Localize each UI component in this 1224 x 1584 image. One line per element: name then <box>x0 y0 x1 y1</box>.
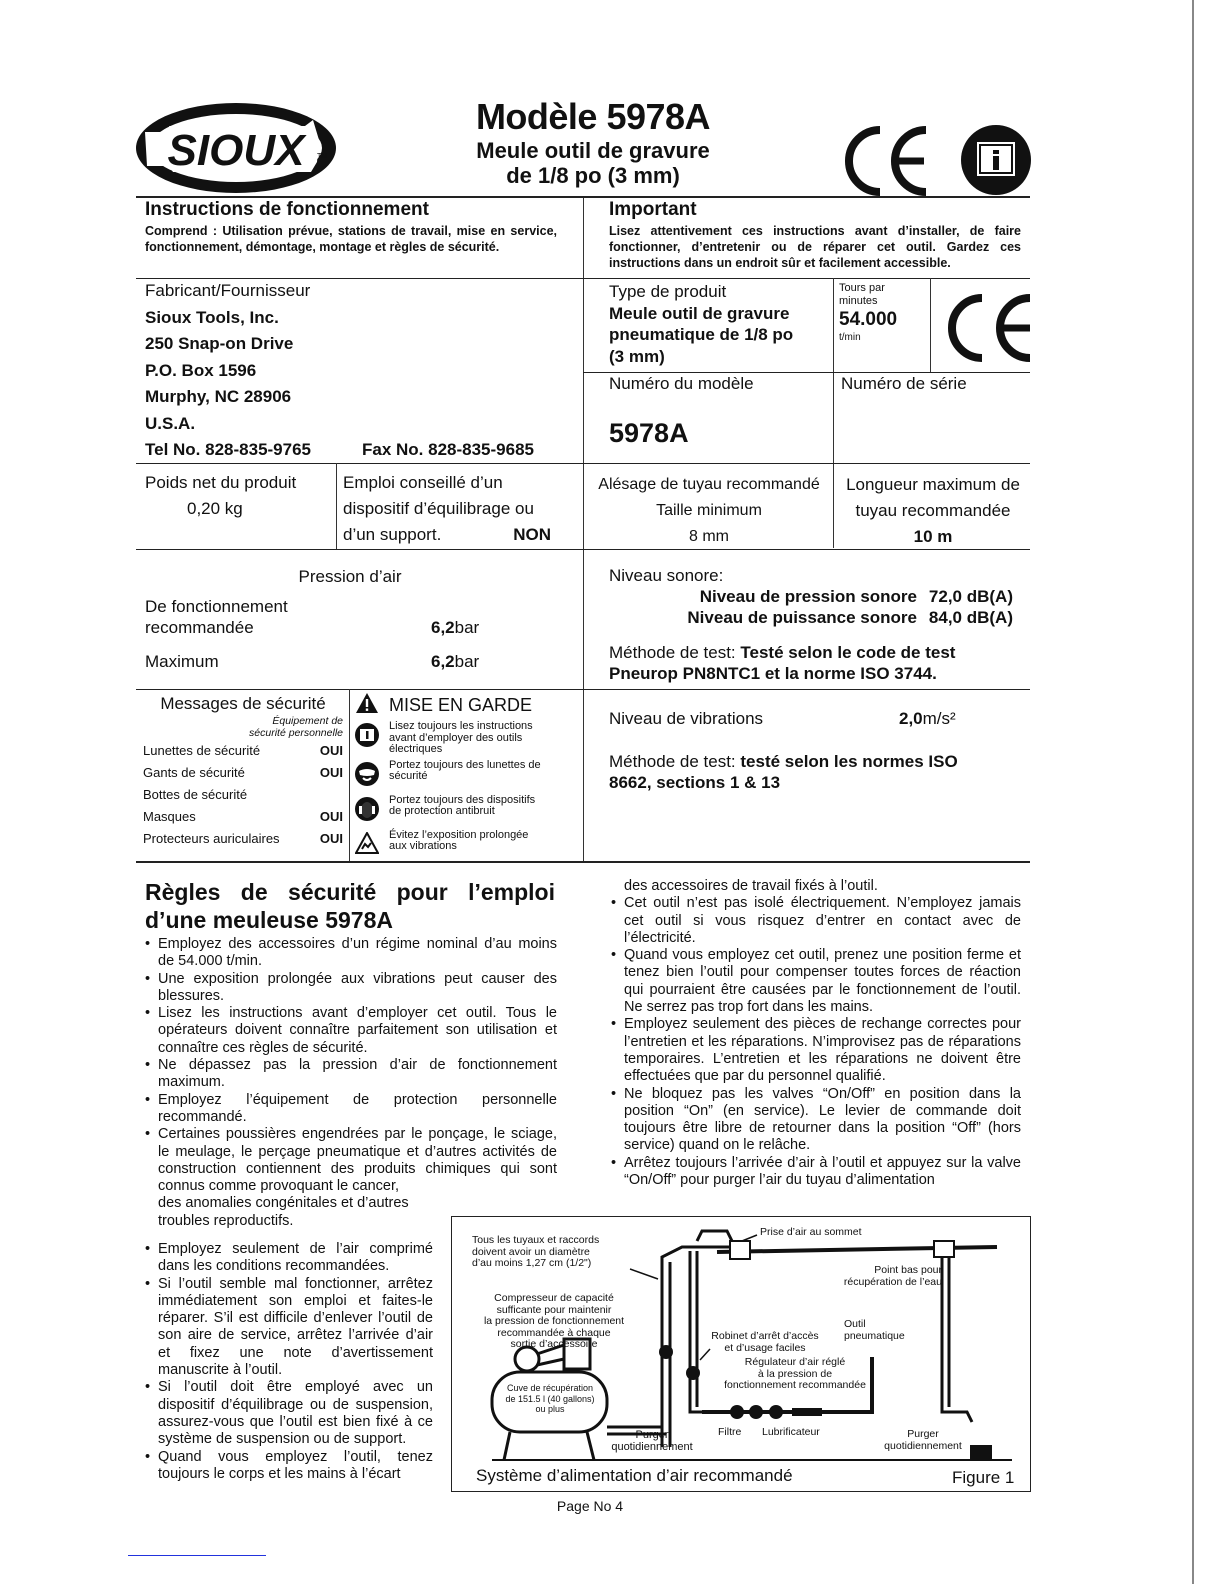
rpm-value: 54.000 <box>839 308 929 332</box>
ppe-subheading: sécurité personnelle <box>143 727 343 739</box>
rule-item: Ne bloquez pas les valves “On/Off” en po… <box>609 1086 1021 1155</box>
warning-item: Évitez l’exposition prolongéeaux vibrati… <box>355 830 575 859</box>
noise-block: Niveau sonore: Niveau de pression sonore… <box>609 565 1029 684</box>
figure-air-system: Tous les tuyaux et raccords doivent avoi… <box>451 1216 1031 1492</box>
diagram-label: fonctionnement recommandée <box>710 1380 880 1392</box>
manufacturer-name: Sioux Tools, Inc. <box>145 305 575 332</box>
diagram-label: de 151.5 l (40 gallons) <box>496 1394 604 1405</box>
important-section: Important Lisez attentivement ces instru… <box>609 199 1021 271</box>
divider <box>136 549 1030 550</box>
rules-left-column: Employez des accessoires d’un régime nom… <box>143 936 557 1230</box>
instructions-heading: Instructions de fonctionnement <box>145 199 557 221</box>
ce-mark-icon <box>840 124 932 198</box>
ppe-item: Lunettes de sécuritéOUI <box>143 740 343 762</box>
hose-length-label: tuyau recommandée <box>836 498 1030 524</box>
rules-heading: Règles de sécurité pour l’emploi d’une m… <box>145 878 555 934</box>
noise-method-value: Pneurop PN8NTC1 et la norme ISO 3744. <box>609 663 1029 684</box>
warning-item: Lisez toujours les instructionsavant d’e… <box>355 721 575 756</box>
vibration-block: Niveau de vibrations 2,0 m/s² Méthode de… <box>609 708 1029 793</box>
ppe-item-value: OUI <box>320 762 343 784</box>
diagram-label: Purger <box>602 1429 702 1441</box>
hose-bore-value: 8 mm <box>588 524 830 550</box>
svg-text:SIOUX: SIOUX <box>168 126 308 175</box>
vibration-method-value: 8662, sections 1 & 13 <box>609 772 1029 793</box>
diagram-label: Point bas pour <box>812 1265 942 1277</box>
ppe-list: Lunettes de sécuritéOUIGants de sécurité… <box>143 740 343 850</box>
warning-text: Évitez l’exposition prolongéeaux vibrati… <box>389 830 528 853</box>
hose-length-label: Longueur maximum de <box>836 472 1030 498</box>
read-manual-icon <box>355 721 389 752</box>
divider <box>136 689 1030 690</box>
warning-text: Portez toujours des lunettes desécurité <box>389 760 541 783</box>
vibration-warning-icon <box>355 830 389 859</box>
rule-item: Quand vous employez l’outil, tenez toujo… <box>143 1449 433 1484</box>
manufacturer-block: Fabricant/Fournisseur Sioux Tools, Inc. … <box>145 278 575 464</box>
diagram-label: sortie d’accessoire <box>454 1339 654 1351</box>
sioux-logo: SIOUX TM <box>133 100 339 196</box>
rule-item: Employez seulement de l’air comprimé dan… <box>143 1241 433 1276</box>
ppe-item-label: Lunettes de sécurité <box>143 740 260 762</box>
manufacturer-country: U.S.A. <box>145 411 575 438</box>
instructions-text: Comprend : Utilisation prévue, stations … <box>145 223 557 255</box>
cell-divider <box>349 689 350 861</box>
weight-value: 0,20 kg <box>145 496 330 522</box>
rule-item: Quand vous employez cet outil, prenez un… <box>609 947 1021 1016</box>
diagram-label: Régulateur d’air réglé <box>710 1357 880 1369</box>
diagram-label: Purger <box>876 1429 970 1441</box>
product-type-cell: Type de produit Meule outil de gravure p… <box>609 281 829 367</box>
ear-protection-icon <box>355 795 389 826</box>
product-type-label: Type de produit <box>609 281 829 303</box>
diagram-label: récupération de l’eau <box>812 1277 942 1289</box>
diagram-label: Filtre <box>718 1427 741 1439</box>
ppe-item-value: OUI <box>320 740 343 762</box>
max-pressure-unit: bar <box>455 651 480 672</box>
rules-left-narrow: Employez seulement de l’air comprimé dan… <box>143 1241 433 1483</box>
ppe-subheading: Équipement de <box>143 715 343 727</box>
sound-pressure-value: 72,0 dB(A) <box>917 586 1013 607</box>
serial-number-label: Numéro de série <box>841 374 967 394</box>
rule-item: Ne dépassez pas la pression d’air de fon… <box>143 1057 557 1092</box>
manufacturer-label: Fabricant/Fournisseur <box>145 278 575 305</box>
model-subtitle-1: Meule outil de gravure <box>440 138 746 163</box>
figure-caption: Système d’alimentation d’air recommandé <box>476 1466 793 1486</box>
rpm-label: Tours par <box>839 281 929 295</box>
air-pressure-block: Pression d’air De fonctionnement recomma… <box>145 566 545 672</box>
rule-item: Une exposition prolongée aux vibrations … <box>143 971 557 1006</box>
vibration-value: 2,0 <box>899 708 923 729</box>
sound-power-label: Niveau de puissance sonore <box>687 607 917 628</box>
warning-text: Portez toujours des dispositifsde protec… <box>389 795 535 818</box>
warning-triangle-icon <box>355 692 389 719</box>
balancer-label: dispositif d’équilibrage ou <box>343 496 551 522</box>
balancer-value: NON <box>513 522 551 548</box>
diagram-label: pneumatique <box>844 1331 905 1343</box>
max-pressure-label: Maximum <box>145 651 431 672</box>
balancer-label: Emploi conseillé d’un <box>343 470 551 496</box>
hose-bore-label: Taille minimum <box>588 498 830 524</box>
diagram-label: quotidiennement <box>876 1441 970 1453</box>
svg-text:TM: TM <box>317 153 327 160</box>
rule-item: Employez seulement des pièces de rechang… <box>609 1016 1021 1085</box>
product-type-value: pneumatique de 1/8 po <box>609 324 829 346</box>
cell-divider <box>336 463 337 549</box>
ppe-item-label: Gants de sécurité <box>143 762 245 784</box>
manufacturer-city: Murphy, NC 28906 <box>145 384 575 411</box>
diagram-label: Cuve de récupération <box>496 1383 604 1394</box>
balancer-label: d’un support. <box>343 522 441 548</box>
product-type-value: Meule outil de gravure <box>609 303 829 325</box>
read-manual-icon <box>960 124 1032 196</box>
important-text: Lisez attentivement ces instructions ava… <box>609 223 1021 271</box>
ppe-item: Protecteurs auriculairesOUI <box>143 828 343 850</box>
warning-item: Portez toujours des lunettes desécurité <box>355 760 575 791</box>
rule-item: Cet outil n’est pas isolé électriquement… <box>609 895 1021 947</box>
balancer-cell: Emploi conseillé d’un dispositif d’équil… <box>343 470 551 548</box>
instructions-section: Instructions de fonctionnement Comprend … <box>145 199 557 255</box>
rules-list: Cet outil n’est pas isolé électriquement… <box>609 895 1021 1189</box>
safety-goggles-icon <box>355 760 389 791</box>
ppe-item-value: OUI <box>320 828 343 850</box>
ppe-item: Gants de sécuritéOUI <box>143 762 343 784</box>
rules-heading-line: Règles de sécurité pour l’emploi <box>145 878 555 906</box>
diagram-label: et d’usage faciles <box>700 1343 830 1355</box>
figure-label: Figure 1 <box>952 1468 1014 1488</box>
hose-length-value: 10 m <box>836 524 1030 550</box>
diagram-label: Compresseur de capacité <box>454 1293 654 1305</box>
ppe-item-label: Protecteurs auriculaires <box>143 828 280 850</box>
diagram-label: Robinet d’arrêt d’accès <box>700 1331 830 1343</box>
page-number: Page No 4 <box>520 1498 660 1514</box>
model-number-label: Numéro du modèle <box>609 374 754 394</box>
air-pressure-heading: Pression d’air <box>145 566 545 588</box>
noise-method-value: Testé selon le code de test <box>740 643 955 662</box>
rules-continuation: des accessoires de travail fixés à l’out… <box>609 878 1021 895</box>
sound-pressure-label: Niveau de pression sonore <box>700 586 917 607</box>
safety-heading: Messages de sécurité <box>143 693 343 715</box>
safety-messages: Messages de sécurité Équipement de sécur… <box>143 693 343 850</box>
divider <box>136 861 1030 863</box>
diagram-label: Outil <box>844 1319 905 1331</box>
rule-item: Lisez les instructions avant d’employer … <box>143 1005 557 1057</box>
cell-divider <box>930 278 931 372</box>
warning-block: MISE EN GARDE Lisez toujours les instruc… <box>355 693 575 859</box>
rule-item: Arrêtez toujours l’arrivée d’air à l’out… <box>609 1155 1021 1190</box>
rpm-label: minutes <box>839 295 929 308</box>
hose-length-cell: Longueur maximum de tuyau recommandée 10… <box>836 472 1030 550</box>
rule-item: Si l’outil doit être employé avec un dis… <box>143 1379 433 1448</box>
vibration-unit: m/s² <box>923 708 956 729</box>
diagram-label: ou plus <box>496 1404 604 1415</box>
diagram-label: Tous les tuyaux et raccords <box>472 1235 622 1247</box>
scan-edge <box>1192 0 1194 1584</box>
rules-right-column: des accessoires de travail fixés à l’out… <box>609 878 1021 1189</box>
rules-list: Employez seulement de l’air comprimé dan… <box>143 1241 433 1483</box>
diagram-label: Lubrificateur <box>762 1427 820 1439</box>
divider <box>583 372 1030 373</box>
operating-pressure-unit: bar <box>455 617 480 638</box>
model-title: Modèle 5978A <box>440 96 746 138</box>
ppe-item-label: Bottes de sécurité <box>143 784 247 806</box>
rule-item: Employez des accessoires d’un régime nom… <box>143 936 557 971</box>
manufacturer-address-2: P.O. Box 1596 <box>145 358 575 385</box>
model-number-value: 5978A <box>609 418 689 449</box>
manufacturer-address-1: 250 Snap-on Drive <box>145 331 575 358</box>
hose-bore-label: Alésage de tuyau recommandé <box>588 472 830 498</box>
sound-power-value: 84,0 dB(A) <box>917 607 1013 628</box>
important-heading: Important <box>609 199 1021 221</box>
cell-divider <box>833 278 834 548</box>
document-title: Modèle 5978A Meule outil de gravure de 1… <box>440 96 746 188</box>
ppe-item-value: OUI <box>320 806 343 828</box>
ce-mark-icon <box>940 292 1030 364</box>
model-subtitle-2: de 1/8 po (3 mm) <box>440 163 746 188</box>
operating-pressure-label: De fonctionnement <box>145 596 545 617</box>
weight-label: Poids net du produit <box>145 470 330 496</box>
divider <box>136 463 1030 464</box>
weight-cell: Poids net du produit 0,20 kg <box>145 470 330 522</box>
hose-bore-cell: Alésage de tuyau recommandé Taille minim… <box>588 472 830 550</box>
vibration-method-value: testé selon les normes ISO <box>740 752 957 771</box>
manufacturer-fax: Fax No. 828-835-9685 <box>362 437 534 464</box>
ppe-item: MasquesOUI <box>143 806 343 828</box>
vibration-label: Niveau de vibrations <box>609 708 899 729</box>
rule-item: Certaines poussières engendrées par le p… <box>143 1126 557 1195</box>
manufacturer-tel: Tel No. 828-835-9765 <box>145 437 362 464</box>
max-pressure-value: 6,2 <box>431 651 455 672</box>
noise-method-label: Méthode de test: <box>609 643 736 662</box>
rules-heading-line: d’une meuleuse 5978A <box>145 906 555 934</box>
diagram-label: Prise d’air au sommet <box>760 1227 862 1239</box>
diagram-label: quotidiennement <box>602 1441 702 1453</box>
warning-list: Lisez toujours les instructionsavant d’e… <box>355 721 575 859</box>
rpm-cell: Tours par minutes 54.000 t/min <box>839 281 929 343</box>
rules-continuation: des anomalies congénitales et d’autres <box>143 1195 557 1212</box>
rules-list: Employez des accessoires d’un régime nom… <box>143 936 557 1195</box>
warning-heading: MISE EN GARDE <box>389 695 532 716</box>
rule-item: Employez l’équipement de protection pers… <box>143 1092 557 1127</box>
rpm-unit: t/min <box>839 332 929 343</box>
rule-item: Si l’outil semble mal fonctionner, arrêt… <box>143 1276 433 1380</box>
diagram-label: la pression de fonctionnement <box>454 1316 654 1328</box>
column-divider <box>583 198 584 863</box>
link-underline <box>128 1555 266 1556</box>
noise-heading: Niveau sonore: <box>609 565 1029 586</box>
diagram-label: d’au moins 1,27 cm (1/2") <box>472 1258 622 1270</box>
ppe-item: Bottes de sécurité <box>143 784 343 806</box>
warning-item: Portez toujours des dispositifsde protec… <box>355 795 575 826</box>
product-type-value: (3 mm) <box>609 346 829 368</box>
operating-pressure-label: recommandée <box>145 617 431 638</box>
ppe-item-label: Masques <box>143 806 196 828</box>
warning-text: Lisez toujours les instructionsavant d’e… <box>389 721 533 756</box>
operating-pressure-value: 6,2 <box>431 617 455 638</box>
vibration-method-label: Méthode de test: <box>609 752 736 771</box>
